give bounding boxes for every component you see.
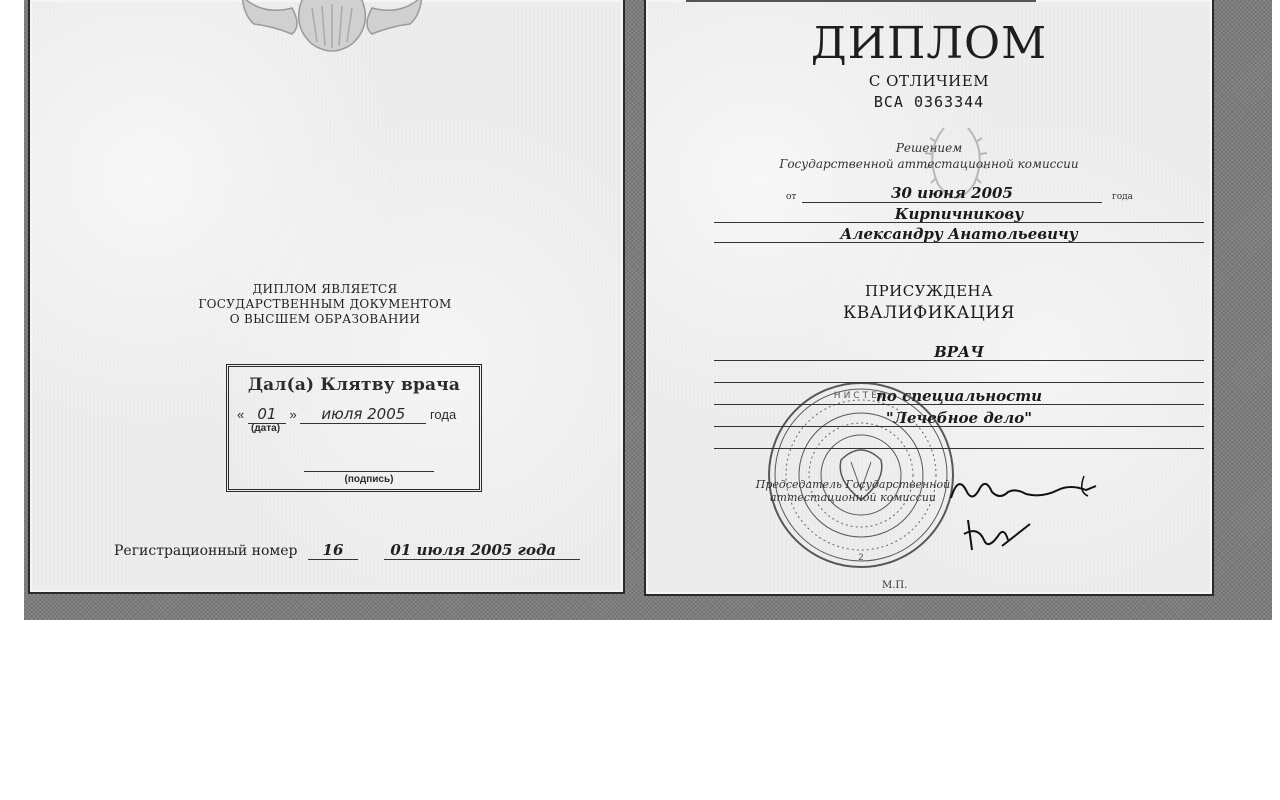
chairman-line: Председатель Государственной [738,478,968,491]
registration-line: Регистрационный номер 16 01 июля 2005 го… [114,541,580,560]
registration-number: 16 [308,541,358,560]
graduate-given-names: Александру Анатольевичу [714,225,1204,243]
oath-month-year: июля 2005 [300,405,426,424]
diploma-subtitle: С ОТЛИЧИЕМ [646,72,1212,90]
oath-day: 01 [248,405,286,424]
date-caption: (дата) [251,423,471,434]
awarded-label: ПРИСУЖДЕНА [646,280,1212,302]
diploma-left-page: ДИПЛОМ ЯВЛЯЕТСЯ ГОСУДАРСТВЕННЫМ ДОКУМЕНТ… [28,0,625,594]
official-round-seal-icon: НИСТЕР 2 [766,380,956,570]
signature-line [304,471,434,472]
awarded-block: ПРИСУЖДЕНА КВАЛИФИКАЦИЯ [646,280,1212,324]
doctor-oath-stamp: Дал(а) Клятву врача « 01 » июля 2005 год… [226,364,482,492]
stamp-mark: М.П. [882,580,907,591]
chairman-signature-icon [946,470,1106,510]
registration-date: 01 июля 2005 года [384,541,580,560]
oath-title: Дал(а) Клятву врача [237,375,471,395]
signature-caption: (подпись) [304,474,434,485]
svg-text:2: 2 [858,553,864,563]
year-suffix: года [430,407,456,422]
quote-open: « [237,407,244,422]
chairman-line: аттестационной комиссии [738,491,968,504]
qualification-label: КВАЛИФИКАЦИЯ [646,302,1212,324]
double-headed-eagle-emblem-icon [232,0,432,58]
graduate-surname: Кирпичникову [714,205,1204,223]
qualification-value: ВРАЧ [714,343,1204,361]
status-line: О ВЫСШЕМ ОБРАЗОВАНИИ [150,312,500,327]
oath-date: « 01 » июля 2005 года [237,405,471,424]
decision-line: Государственной аттестационной комиссии [646,156,1212,172]
diploma-right-page: ДИПЛОМ С ОТЛИЧИЕМ ВСА 0363344 Решением Г… [644,0,1214,596]
registration-label: Регистрационный номер [114,543,298,559]
diploma-series-number: ВСА 0363344 [646,93,1212,111]
date-prefix: от [786,192,796,202]
quote-close: » [289,407,296,422]
date-line [802,202,1102,203]
secretary-signature-icon [958,510,1038,560]
decision-line: Решением [646,140,1212,156]
decision-date: 30 июня 2005 [802,184,1102,202]
document-status-text: ДИПЛОМ ЯВЛЯЕТСЯ ГОСУДАРСТВЕННЫМ ДОКУМЕНТ… [150,282,500,327]
date-suffix: года [1112,192,1133,202]
commission-chairman-label: Председатель Государственной аттестацион… [738,478,968,504]
status-line: ДИПЛОМ ЯВЛЯЕТСЯ [150,282,500,297]
svg-text:НИСТЕР: НИСТЕР [834,391,888,401]
diploma-title: ДИПЛОМ [646,18,1212,69]
commission-decision: Решением Государственной аттестационной … [646,140,1212,172]
status-line: ГОСУДАРСТВЕННЫМ ДОКУМЕНТОМ [150,297,500,312]
top-cut-line [686,0,1036,2]
